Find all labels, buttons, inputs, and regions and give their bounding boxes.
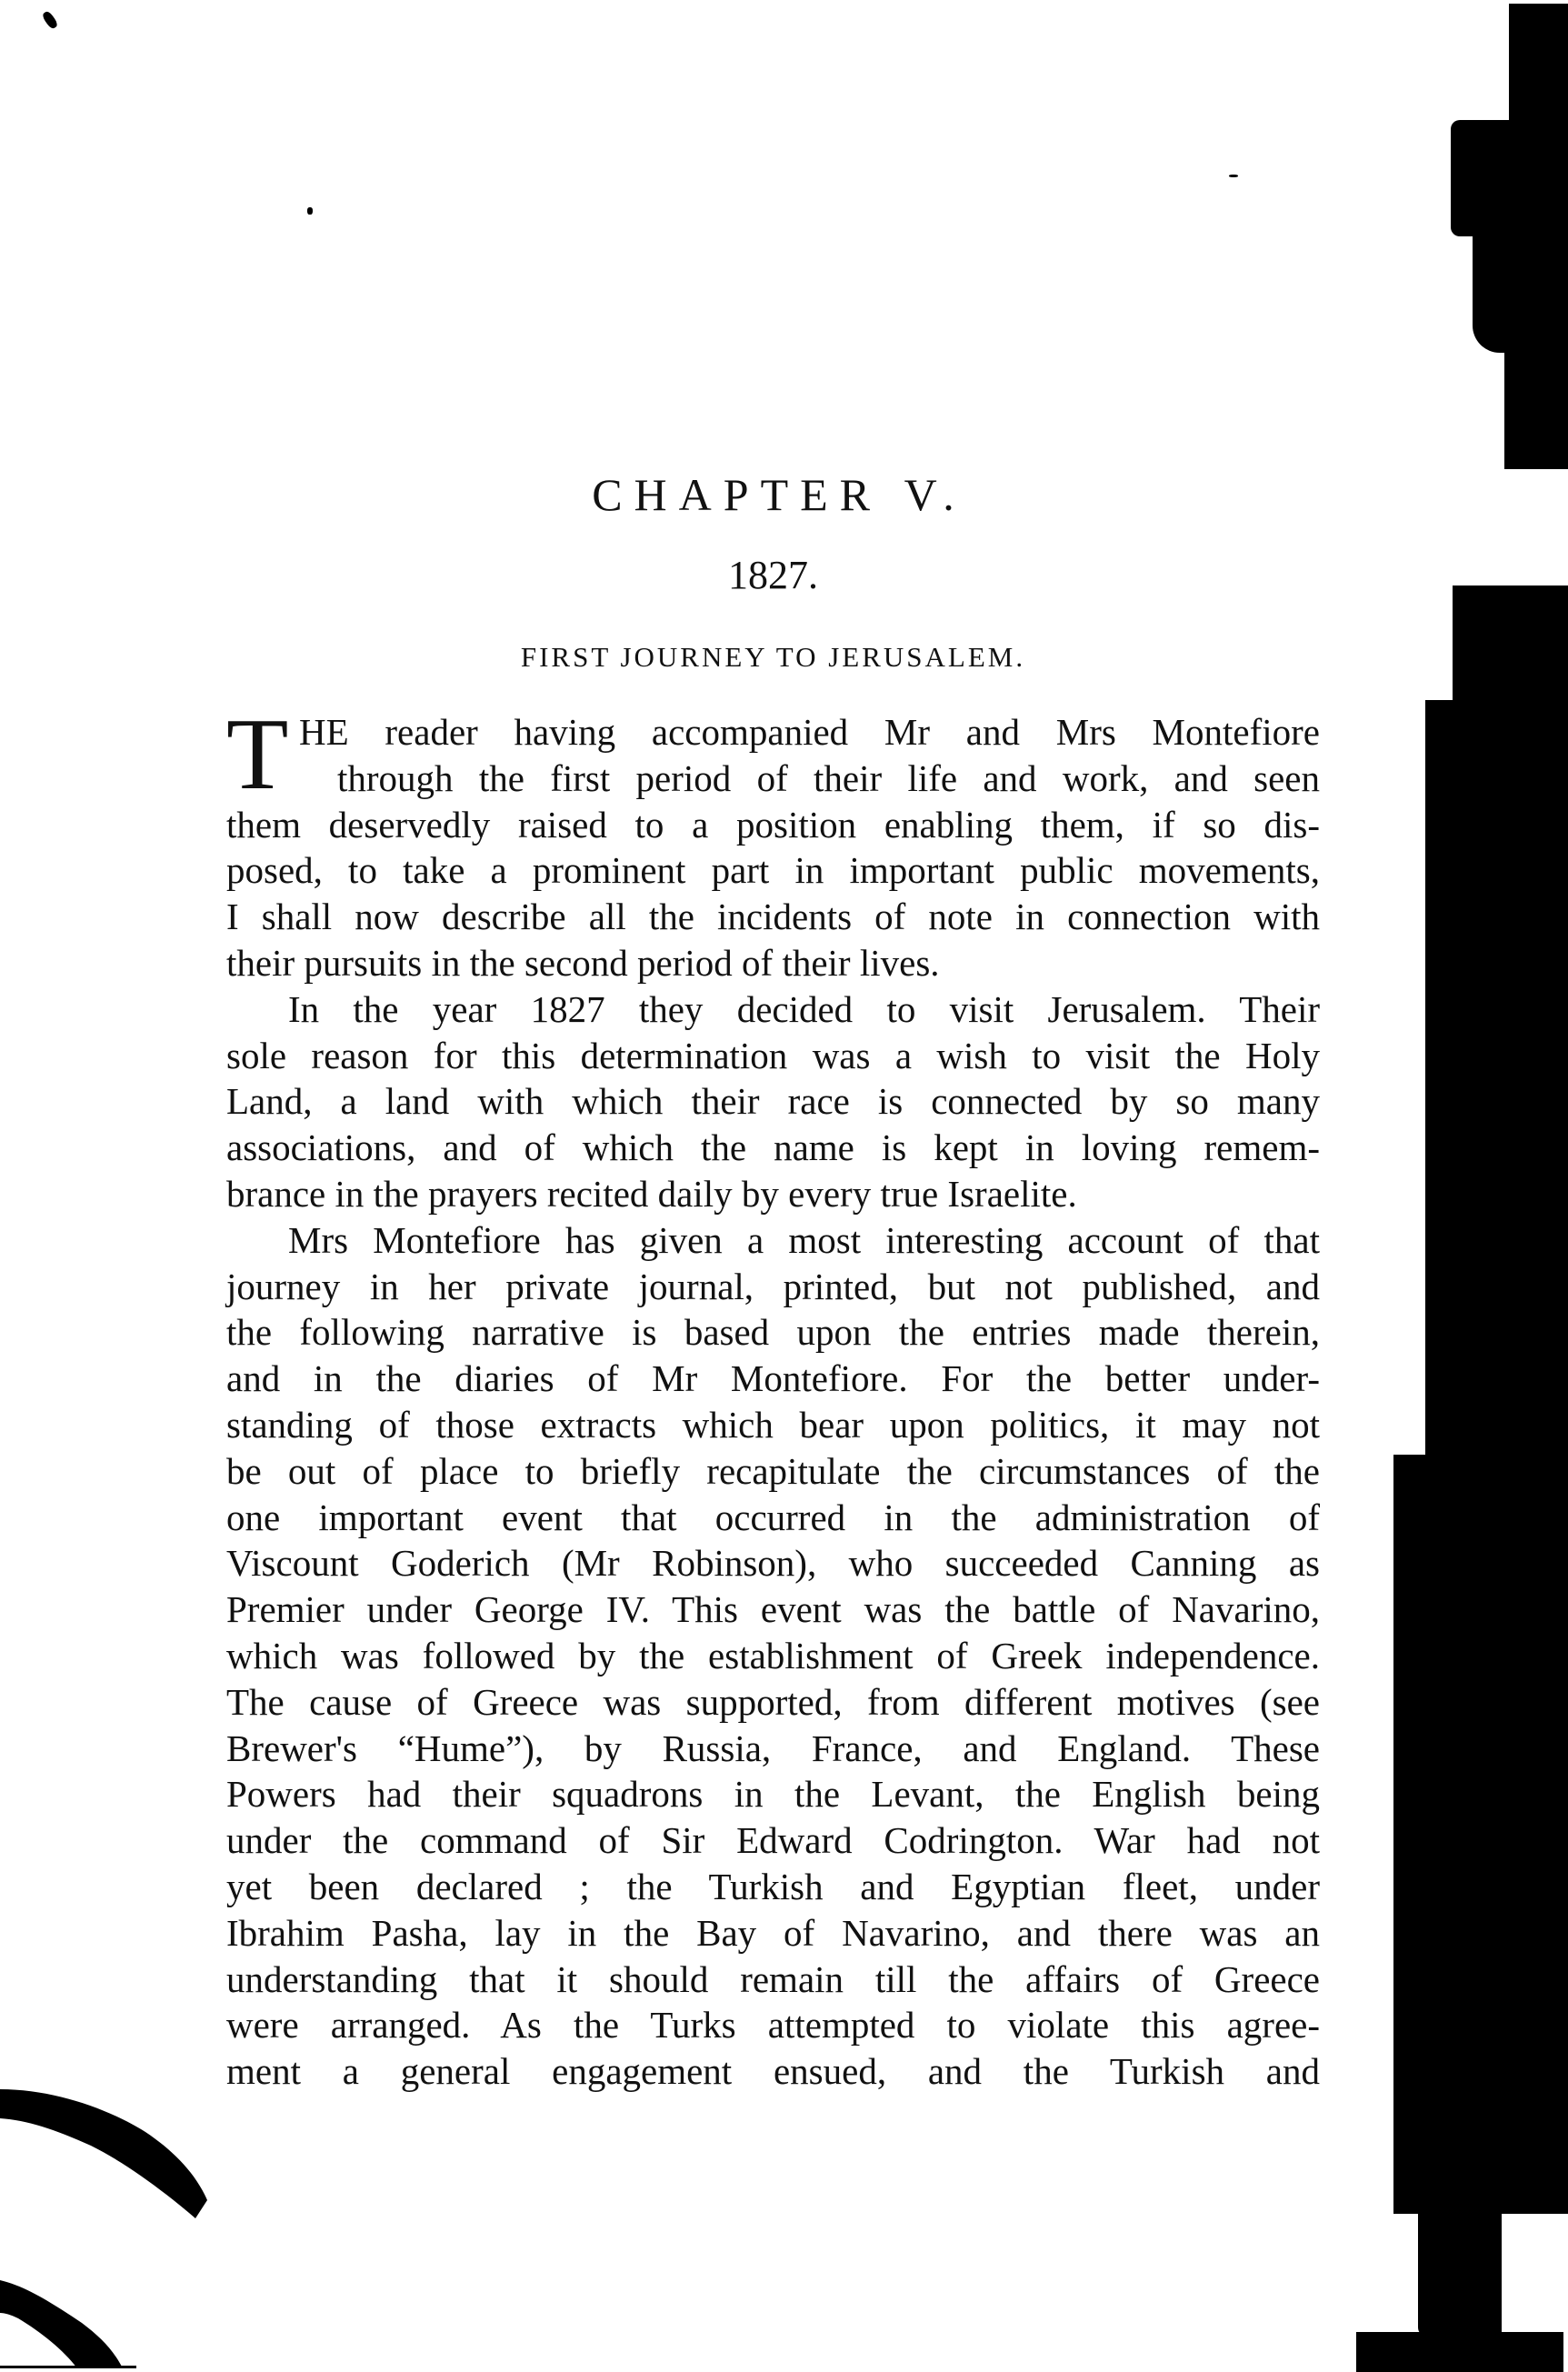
text-line: Mrs Montefiore has given a most interest… [226, 1217, 1320, 1264]
scan-edge-shadow-base [1356, 2332, 1563, 2372]
text-line: I shall now describe all the incidents o… [226, 894, 1320, 940]
scan-speck-top-left [41, 10, 59, 30]
text-line: associations, and of which the name is k… [226, 1125, 1320, 1171]
text-line: brance in the prayers recited daily by e… [226, 1171, 1320, 1217]
scan-edge-shadow-mid-2 [1425, 700, 1568, 1500]
text-line: them deservedly raised to a position ena… [226, 802, 1320, 848]
scan-edge-shadow-low-1 [1393, 1455, 1568, 2214]
scan-edge-shadow-low-2 [1418, 2209, 1502, 2337]
text-line: yet been declared ; the Turkish and Egyp… [226, 1864, 1320, 1910]
text-line: through the first period of their life a… [226, 756, 1320, 802]
text-line: Premier under George IV. This event was … [226, 1586, 1320, 1633]
text-line: Viscount Goderich (Mr Robinson), who suc… [226, 1540, 1320, 1586]
text-line: ment a general engagement ensued, and th… [226, 2048, 1320, 2095]
text-line: sole reason for this determination was a… [226, 1033, 1320, 1079]
scan-edge-shadow-top-2 [1451, 120, 1568, 236]
text-line: HE reader having accompanied Mr and Mrs … [226, 709, 1320, 756]
text-line: were arranged. As the Turks attempted to… [226, 2002, 1320, 2048]
text-line: and in the diaries of Mr Montefiore. For… [226, 1356, 1320, 1402]
text-line: The cause of Greece was supported, from … [226, 1679, 1320, 1726]
text-line: Powers had their squadrons in the Levant… [226, 1771, 1320, 1817]
text-line: Land, a land with which their race is co… [226, 1078, 1320, 1125]
scan-edge-shadow-top-1 [1509, 4, 1568, 122]
text-line: be out of place to briefly recapitulate … [226, 1448, 1320, 1495]
text-line: understanding that it should remain till… [226, 1957, 1320, 2003]
text-line: posed, to take a prominent part in impor… [226, 847, 1320, 894]
text-line: the following narrative is based upon th… [226, 1309, 1320, 1356]
paragraph-3: Mrs Montefiore has given a most interest… [226, 1217, 1320, 2095]
drop-cap: T [226, 709, 288, 800]
scan-edge-shadow-mid-1 [1453, 585, 1568, 702]
text-line: under the command of Sir Edward Codringt… [226, 1817, 1320, 1864]
body-text: T HE reader having accompanied Mr and Mr… [226, 709, 1320, 2095]
chapter-heading: CHAPTER V. [226, 467, 1320, 522]
text-line: standing of those extracts which bear up… [226, 1402, 1320, 1448]
text-line: their pursuits in the second period of t… [226, 940, 1320, 986]
paragraph-2: In the year 1827 they decided to visit J… [226, 986, 1320, 1217]
scan-edge-shadow-top-3 [1473, 235, 1568, 353]
scan-speck-upper [307, 207, 313, 215]
text-line: journey in her private journal, printed,… [226, 1264, 1320, 1310]
text-line: Brewer's “Hume”), by Russia, France, and… [226, 1726, 1320, 1772]
paragraph-1: HE reader having accompanied Mr and Mrs … [226, 709, 1320, 986]
scan-speck-right [1229, 175, 1238, 177]
text-line: which was followed by the establishment … [226, 1633, 1320, 1679]
chapter-year: 1827. [226, 551, 1320, 600]
text-line: In the year 1827 they decided to visit J… [226, 986, 1320, 1033]
scan-edge-shadow-top-4 [1504, 351, 1568, 469]
text-line: one important event that occurred in the… [226, 1495, 1320, 1541]
chapter-title: FIRST JOURNEY TO JERUSALEM. [226, 639, 1320, 676]
text-line: Ibrahim Pasha, lay in the Bay of Navarin… [226, 1910, 1320, 1957]
